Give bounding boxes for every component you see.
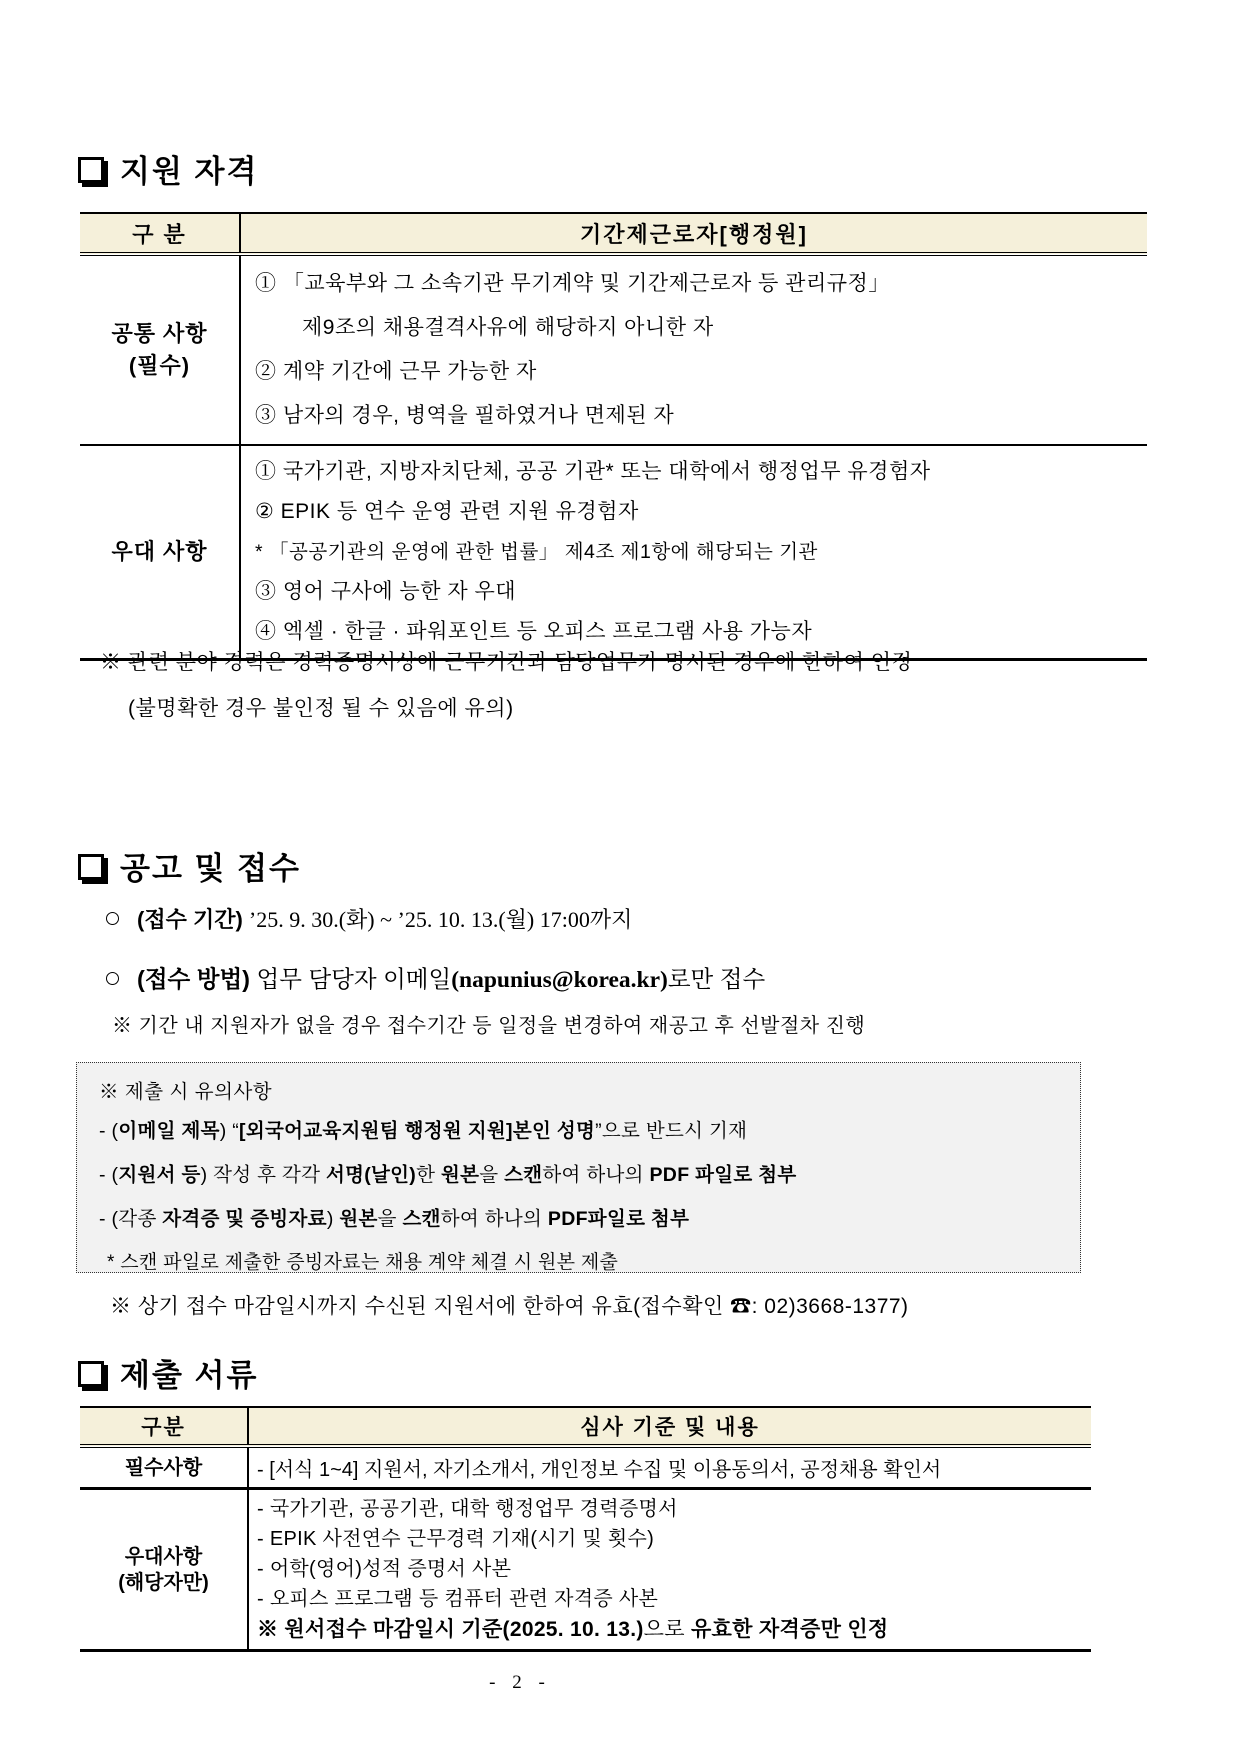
section-title-text: 공고 및 접수 [120,851,301,886]
row-content-required: - [서식 1~4] 지원서, 자기소개서, 개인정보 수집 및 이용동의서, … [248,1446,1091,1489]
table-row-required-documents: 필수사항 - [서식 1~4] 지원서, 자기소개서, 개인정보 수집 및 이용… [80,1446,1091,1489]
list-item: - 국가기관, 공공기관, 대학 행정업무 경력증명서 [257,1494,1091,1524]
application-method-line: (접수 방법) 업무 담당자 이메일(napunius@korea.kr)로만 … [106,960,765,994]
submission-notice-box: ※ 제출 시 유의사항 - (이메일 제목) “[외국어교육지원팀 행정원 지원… [76,1062,1081,1273]
row-label-line: 우대 사항 [81,536,238,568]
note-line: ※ 기간 내 지원자가 없을 경우 접수기간 등 일정을 변경하여 재공고 후 … [112,1008,865,1044]
section-title-text: 제출 서류 [120,1358,258,1393]
note-line: ※ 관련 분야 경력은 경력증명서상에 근무기간과 담당업무가 명시된 경우에 … [100,640,912,686]
documents-table: 구분 심사 기준 및 내용 필수사항 - [서식 1~4] 지원서, 자기소개서… [80,1406,1091,1652]
table-row-common-requirements: 공통 사항 (필수) ① 「교육부와 그 소속기관 무기계약 및 기간제근로자 … [80,254,1147,445]
row-label-common: 공통 사항 (필수) [80,254,240,445]
list-item: - EPIK 사전연수 근무경력 기재(시기 및 횟수) [257,1524,1091,1554]
table-row-preferred-documents: 우대사항 (해당자만) - 국가기관, 공공기관, 대학 행정업무 경력증명서 … [80,1489,1091,1651]
square-bullet-icon [78,1361,104,1387]
documents-validity-note: ※ 원서접수 마감일시 기준(2025. 10. 13.)으로 유효한 자격증만… [257,1614,1091,1645]
row-content-preferred: ① 국가기관, 지방자치단체, 공공 기관* 또는 대학에서 행정업무 유경험자… [240,445,1147,660]
note-line: (불명확한 경우 불인정 될 수 있음에 유의) [100,686,912,732]
application-period-line: (접수 기간) ’25. 9. 30.(화) ~ ’25. 10. 13.(월)… [106,903,632,934]
renotice-note: ※ 기간 내 지원자가 없을 경우 접수기간 등 일정을 변경하여 재공고 후 … [112,1008,865,1044]
row-label-line: 우대사항 [81,1544,246,1570]
list-item: 제9조의 채용결격사유에 해당하지 아니한 자 [255,306,1147,350]
page-number: - 2 - [80,1672,960,1694]
list-item: - 오피스 프로그램 등 컴퓨터 관련 자격증 사본 [257,1584,1091,1614]
qualification-col1-header: 구 분 [80,213,240,254]
notice-box-item-footnote: * 스캔 파일로 제출한 증빙자료는 채용 계약 체결 시 원본 제출 [99,1241,1080,1285]
qualification-note: ※ 관련 분야 경력은 경력증명서상에 근무기간과 담당업무가 명시된 경우에 … [100,640,912,732]
row-content-common: ① 「교육부와 그 소속기관 무기계약 및 기간제근로자 등 관리규정」 제9조… [240,254,1147,445]
note-line: ※ 상기 접수 마감일시까지 수신된 지원서에 한하여 유효(접수확인 ☎: 0… [110,1284,909,1330]
document-page: 지원 자격 구 분 기간제근로자[행정원] 공통 사항 (필수) ① 「교육부와… [0,0,1240,1753]
row-label-line: (필수) [81,350,238,382]
row-label-preferred-docs: 우대사항 (해당자만) [80,1489,248,1651]
list-item: - 어학(영어)성적 증명서 사본 [257,1554,1091,1584]
row-content-preferred-docs: - 국가기관, 공공기관, 대학 행정업무 경력증명서 - EPIK 사전연수 … [248,1489,1091,1651]
section-title-notice-apply: 공고 및 접수 [78,843,301,888]
notice-box-title: ※ 제출 시 유의사항 [99,1075,1080,1109]
list-item: ② 계약 기간에 근무 가능한 자 [255,350,1147,394]
row-label-line: 공통 사항 [81,318,238,350]
section-title-qualification: 지원 자격 [78,146,258,191]
notice-box-item: - (각종 자격증 및 증빙자료) 원본을 스캔하여 하나의 PDF파일로 첨부 [99,1197,1080,1241]
list-item: ① 국가기관, 지방자치단체, 공공 기관* 또는 대학에서 행정업무 유경험자 [255,452,1147,492]
table-row-preferred-requirements: 우대 사항 ① 국가기관, 지방자치단체, 공공 기관* 또는 대학에서 행정업… [80,445,1147,660]
notice-box-item: - (이메일 제목) “[외국어교육지원팀 행정원 지원]본인 성명”으로 반드… [99,1109,1080,1153]
square-bullet-icon [78,854,104,880]
list-item: ② EPIK 등 연수 운영 관련 지원 유경험자 [255,492,1147,532]
row-label-required: 필수사항 [80,1446,248,1489]
circle-bullet-icon [106,972,119,985]
documents-col2-header: 심사 기준 및 내용 [248,1407,1091,1446]
documents-col1-header: 구분 [80,1407,248,1446]
application-period-text: (접수 기간) ’25. 9. 30.(화) ~ ’25. 10. 13.(월)… [137,907,632,932]
qualification-table-header-row: 구 분 기간제근로자[행정원] [80,213,1147,254]
list-item: ③ 영어 구사에 능한 자 우대 [255,572,1147,612]
qualification-table: 구 분 기간제근로자[행정원] 공통 사항 (필수) ① 「교육부와 그 소속기… [80,212,1147,661]
row-label-preferred: 우대 사항 [80,445,240,660]
qualification-col2-header: 기간제근로자[행정원] [240,213,1147,254]
documents-table-header-row: 구분 심사 기준 및 내용 [80,1407,1091,1446]
square-bullet-icon [78,157,104,183]
circle-bullet-icon [106,912,119,925]
application-method-text: (접수 방법) 업무 담당자 이메일(napunius@korea.kr)로만 … [137,966,765,992]
row-label-line: (해당자만) [81,1570,246,1596]
list-item: ① 「교육부와 그 소속기관 무기계약 및 기간제근로자 등 관리규정」 [255,262,1147,306]
notice-box-item: - (지원서 등) 작성 후 각각 서명(날인)한 원본을 스캔하여 하나의 P… [99,1153,1080,1197]
section-title-documents: 제출 서류 [78,1350,258,1395]
row-label-line: 필수사항 [81,1455,246,1481]
validity-note: ※ 상기 접수 마감일시까지 수신된 지원서에 한하여 유효(접수확인 ☎: 0… [110,1284,909,1330]
list-item-footnote: * 「공공기관의 운영에 관한 법률」 제4조 제1항에 해당되는 기관 [255,532,1147,572]
list-item: ③ 남자의 경우, 병역을 필하였거나 면제된 자 [255,394,1147,438]
section-title-text: 지원 자격 [120,154,258,189]
